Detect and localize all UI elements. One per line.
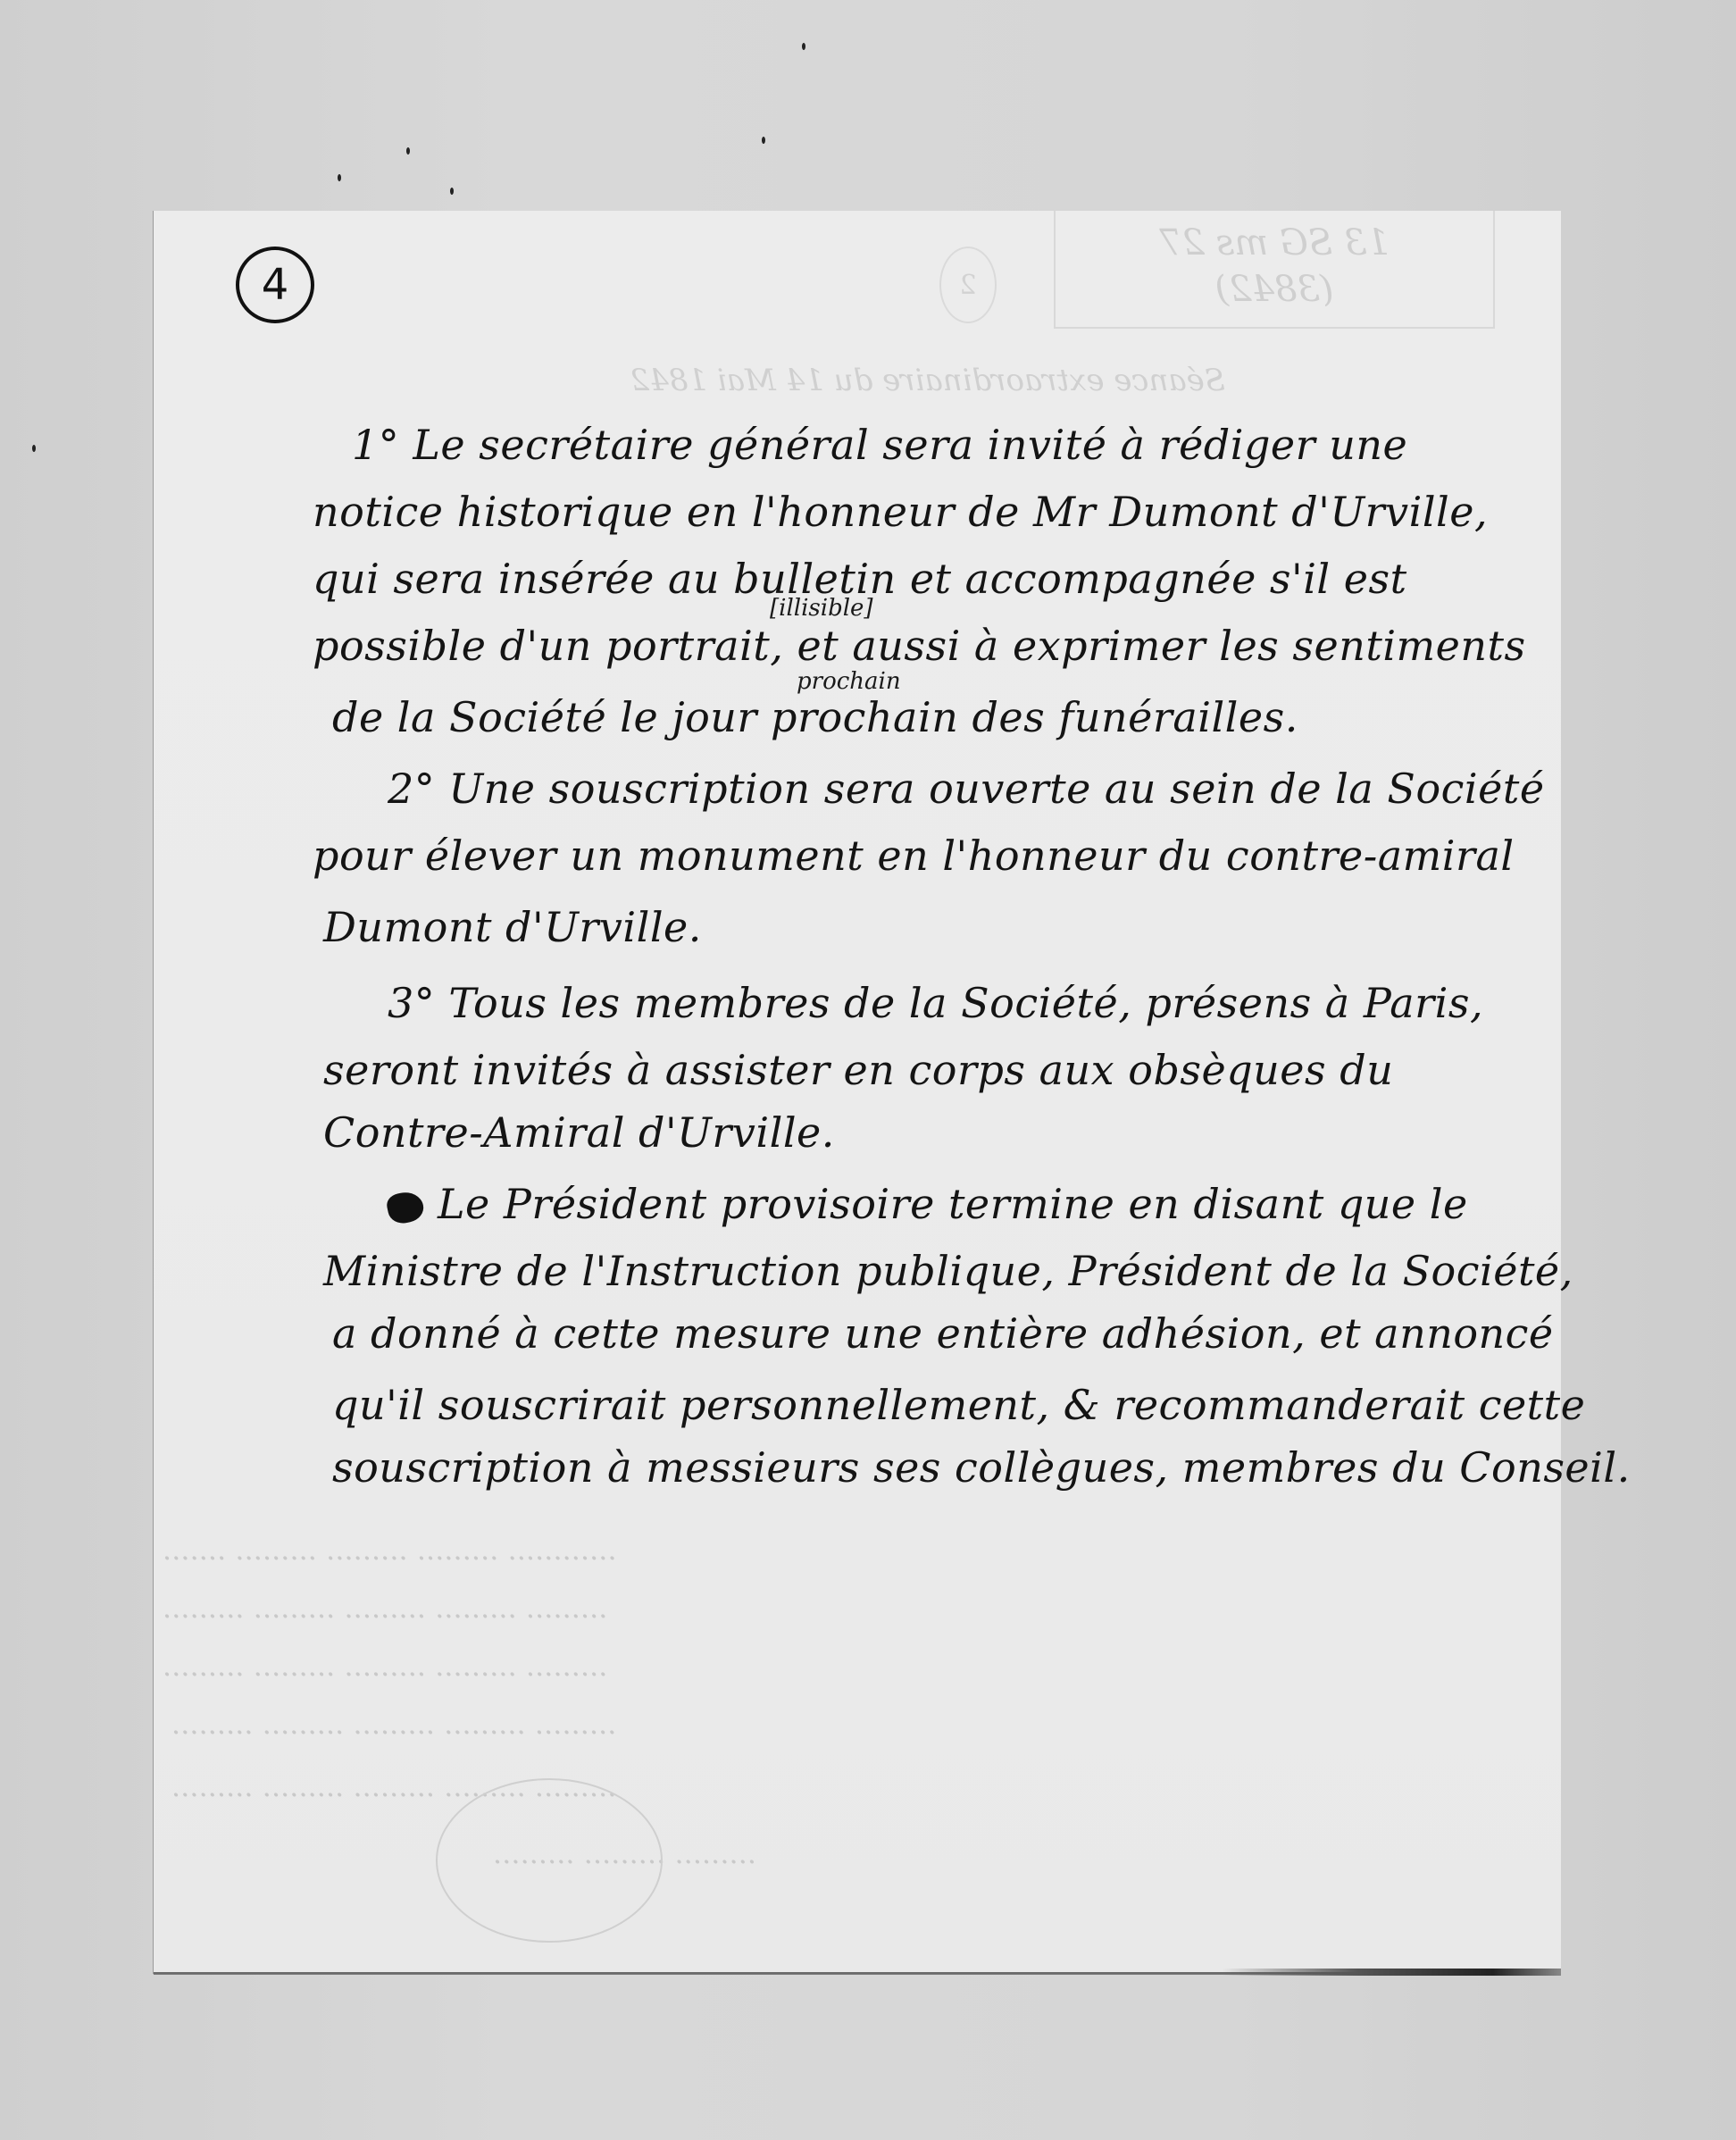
ink-blot [385, 1189, 426, 1226]
dust-speck [338, 174, 341, 181]
page-edge-shadow [1222, 1969, 1561, 1976]
dust-speck [450, 188, 454, 195]
manuscript-line: seront invités à assister en corps aux o… [323, 1046, 1393, 1094]
manuscript-line: notice historique en l'honneur de Mr Dum… [313, 488, 1488, 536]
dust-speck [32, 445, 36, 452]
manuscript-line: 1° Le secrétaire général sera invité à r… [352, 421, 1407, 469]
manuscript-line: pour élever un monument en l'honneur du … [313, 832, 1515, 880]
faint-stamp-circle [436, 1778, 663, 1943]
interlinear-insertion: prochain [797, 668, 901, 695]
manuscript-line: Contre-Amiral d'Urville. [323, 1108, 835, 1157]
manuscript-line: Dumont d'Urville. [323, 903, 702, 951]
interlinear-insertion: [illisible] [770, 595, 873, 622]
bleed-through-line: ............ ......... ......... .......… [163, 1533, 617, 1567]
bleed-through-header: Séance extraordinaire du 14 Mai 1842 [368, 363, 1225, 398]
page-number: 4 [262, 260, 289, 310]
bleed-through-line: ......... ......... ......... ......... … [163, 1649, 607, 1683]
faint-catalog-box: 13 SG ms 27 (3842) [1054, 211, 1495, 329]
manuscript-line: de la Société le jour prochain des funér… [332, 693, 1298, 741]
manuscript-line: 3° Tous les membres de la Société, prése… [388, 979, 1483, 1027]
faint-catalog-circle: 2 [939, 247, 997, 323]
manuscript-page: 4 2 13 SG ms 27 (3842) Séance extraordin… [154, 211, 1561, 1974]
bleed-through-line: ......... ......... ......... ......... … [171, 1707, 616, 1741]
dust-speck [406, 147, 410, 155]
manuscript-line: Ministre de l'Instruction publique, Prés… [323, 1247, 1573, 1295]
manuscript-line: possible d'un portrait, et aussi à expri… [313, 622, 1526, 670]
manuscript-line: souscription à messieurs ses collègues, … [332, 1443, 1631, 1492]
dust-speck [802, 43, 805, 50]
manuscript-line: 2° Une souscription sera ouverte au sein… [388, 765, 1545, 813]
page-number-circle: 4 [236, 247, 314, 323]
dust-speck [762, 137, 765, 144]
manuscript-line: qu'il souscrirait personnellement, & rec… [332, 1381, 1585, 1429]
manuscript-line: a donné à cette mesure une entière adhés… [332, 1309, 1554, 1358]
manuscript-line: Le Président provisoire termine en disan… [388, 1180, 1468, 1228]
bleed-through-line: ......... ......... ......... ......... … [163, 1591, 607, 1625]
